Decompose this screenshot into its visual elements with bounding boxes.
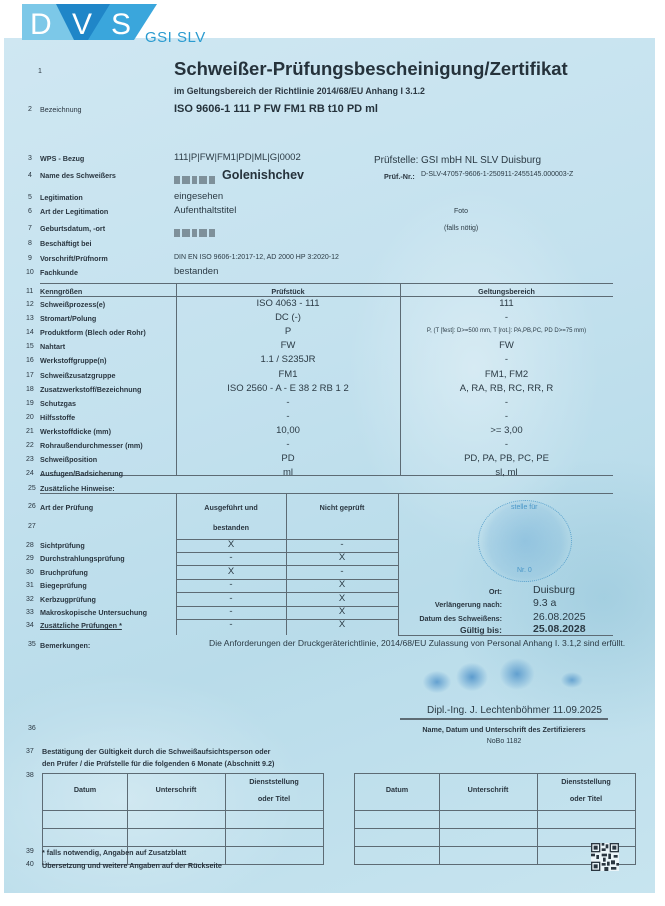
row-number: 13 bbox=[26, 315, 34, 322]
testing-body-label: Prüfstelle: bbox=[374, 155, 418, 166]
weld-date-value: 26.08.2025 bbox=[533, 611, 586, 623]
not-tested-mark: X bbox=[286, 552, 398, 563]
params-header-range: Geltungsbereich bbox=[400, 287, 613, 296]
test-piece-value: P bbox=[176, 326, 400, 337]
done-mark: - bbox=[176, 552, 286, 563]
param-label: Ausfugen/Badsicherung bbox=[40, 469, 123, 478]
row-number: 36 bbox=[28, 725, 36, 732]
certificate-title: Schweißer-Prüfungsbescheinigung/Zertifik… bbox=[174, 58, 568, 80]
row-number: 39 bbox=[26, 848, 34, 855]
certificate-subtitle: im Geltungsbereich der Richtlinie 2014/6… bbox=[174, 86, 425, 96]
range-value: PD, PA, PB, PC, PE bbox=[400, 453, 613, 464]
info-label: Legitimation bbox=[40, 193, 83, 202]
confirmation-cell[interactable] bbox=[226, 829, 322, 845]
date-header: Datum bbox=[355, 785, 439, 794]
test-type-label: Bruchprüfung bbox=[40, 568, 88, 577]
validity-divider bbox=[398, 635, 613, 636]
test-number-label: Prüf.-Nr.: bbox=[384, 172, 415, 181]
signature-header: Unterschrift bbox=[127, 785, 225, 794]
photo-note: (falls nötig) bbox=[444, 225, 478, 232]
valid-until-label: Gültig bis: bbox=[460, 625, 502, 635]
weld-date-label: Datum des Schweißens: bbox=[419, 614, 502, 623]
test-piece-value: - bbox=[176, 397, 400, 408]
row-number: 37 bbox=[26, 748, 34, 755]
row-number: 20 bbox=[26, 414, 34, 421]
range-value: P, (T [fest]: D>=500 mm, T [rot.]: PA,PB… bbox=[400, 328, 613, 334]
info-label: Fachkunde bbox=[40, 268, 78, 277]
confirmation-cell[interactable] bbox=[538, 829, 634, 845]
info-label: Vorschrift/Prüfnorm bbox=[40, 254, 108, 263]
param-label: Stromart/Polung bbox=[40, 314, 96, 323]
info-value: Aufenthaltstitel bbox=[174, 205, 236, 216]
certifier-name-date: Dipl.-Ing. J. Lechtenböhmer 11.09.2025 bbox=[427, 705, 602, 716]
row-number: 15 bbox=[26, 343, 34, 350]
done-mark: - bbox=[176, 606, 286, 617]
not-tested-mark: X bbox=[286, 579, 398, 590]
test-piece-value: FM1 bbox=[176, 369, 400, 380]
title-header: oder Titel bbox=[537, 794, 635, 803]
confirmation-cell[interactable] bbox=[44, 829, 126, 845]
row-number: 17 bbox=[26, 372, 34, 379]
test-piece-value: 10,00 bbox=[176, 425, 400, 436]
row-number: 14 bbox=[26, 329, 34, 336]
logo-gsi-slv: GSI SLV bbox=[145, 29, 206, 46]
svg-text:D: D bbox=[30, 8, 52, 40]
row-number: 2 bbox=[28, 106, 32, 113]
not-tested-mark: X bbox=[286, 593, 398, 604]
row-number: 35 bbox=[28, 641, 36, 648]
row-number: 18 bbox=[26, 386, 34, 393]
row-number: 16 bbox=[26, 357, 34, 364]
test-piece-value: - bbox=[176, 439, 400, 450]
done-mark: - bbox=[176, 579, 286, 590]
photo-label: Foto bbox=[454, 208, 468, 215]
params-header-divider bbox=[40, 296, 613, 297]
params-header-test-piece: Prüfstück bbox=[176, 287, 400, 296]
not-tested-mark: - bbox=[286, 566, 398, 577]
row-number: 8 bbox=[28, 240, 32, 247]
row-number: 19 bbox=[26, 400, 34, 407]
column-divider bbox=[398, 493, 399, 635]
param-label: Zusatzwerkstoff/Bezeichnung bbox=[40, 385, 141, 394]
row-number: 40 bbox=[26, 861, 34, 868]
info-value: eingesehen bbox=[174, 191, 223, 202]
official-stamp: stelle für Nr. 0 bbox=[478, 500, 572, 582]
dvs-logo: D V S bbox=[22, 4, 157, 40]
range-value: sl, ml bbox=[400, 467, 613, 478]
row-number: 1 bbox=[38, 68, 42, 75]
not-tested-mark: X bbox=[286, 619, 398, 630]
confirmation-cell[interactable] bbox=[538, 847, 634, 863]
svg-text:V: V bbox=[72, 8, 92, 40]
testing-body-value: GSI mbH NL SLV Duisburg bbox=[421, 155, 541, 166]
param-label: Rohraußendurchmesser (mm) bbox=[40, 441, 143, 450]
remarks-text: Die Anforderungen der Druckgeräterichtli… bbox=[209, 638, 625, 648]
range-value: - bbox=[400, 312, 613, 323]
test-type-label: Sichtprüfung bbox=[40, 541, 85, 550]
param-label: Schweißzusatzgruppe bbox=[40, 371, 115, 380]
confirmation-cell[interactable] bbox=[440, 829, 536, 845]
done-mark: - bbox=[176, 619, 286, 630]
footnote-translation: Übersetzung und weitere Angaben auf der … bbox=[42, 861, 222, 870]
nobo-number: NoBo 1182 bbox=[400, 738, 608, 745]
signature bbox=[422, 652, 592, 697]
range-value: - bbox=[400, 411, 613, 422]
test-piece-value: 1.1 / S235JR bbox=[176, 354, 400, 365]
notes-divider bbox=[40, 493, 613, 494]
confirmation-line1: Bestätigung der Gültigkeit durch die Sch… bbox=[42, 747, 270, 756]
info-label: Name des Schweißers bbox=[40, 171, 116, 180]
signature-header: Unterschrift bbox=[439, 785, 537, 794]
svg-text:S: S bbox=[111, 8, 131, 40]
test-piece-value: ISO 4063 - 111 bbox=[176, 298, 400, 309]
footnote-additional-sheet: * falls notwendig, Angaben auf Zusatzbla… bbox=[42, 848, 186, 857]
valid-until-value: 25.08.2028 bbox=[533, 623, 586, 635]
row-number: 5 bbox=[28, 194, 32, 201]
designation-value: ISO 9606-1 111 P FW FM1 RB t10 PD ml bbox=[174, 103, 378, 115]
range-value: - bbox=[400, 439, 613, 450]
position-header: Dienststellung bbox=[537, 777, 635, 786]
param-label: Schweißposition bbox=[40, 455, 97, 464]
test-piece-value: ml bbox=[176, 467, 400, 478]
param-label: Werkstoffgruppe(n) bbox=[40, 356, 107, 365]
confirmation-cell[interactable] bbox=[356, 829, 438, 845]
done-mark: X bbox=[176, 539, 286, 550]
confirmation-cell[interactable] bbox=[356, 811, 438, 827]
info-label: Beschäftigt bei bbox=[40, 239, 92, 248]
confirmation-cell[interactable] bbox=[226, 811, 322, 827]
row-number: 26 bbox=[28, 503, 36, 510]
info-value: 111|P|FW|FM1|PD|ML|G|0002 bbox=[174, 152, 301, 163]
row-number: 23 bbox=[26, 456, 34, 463]
row-number: 22 bbox=[26, 442, 34, 449]
redacted-text bbox=[174, 171, 217, 189]
row-number: 38 bbox=[26, 772, 34, 779]
row-number: 32 bbox=[26, 596, 34, 603]
param-label: Werkstoffdicke (mm) bbox=[40, 427, 111, 436]
test-type-header: Art der Prüfung bbox=[40, 503, 93, 512]
position-header: Dienststellung bbox=[225, 777, 323, 786]
qr-code[interactable] bbox=[591, 843, 619, 871]
test-piece-value: - bbox=[176, 411, 400, 422]
notes-label: Zusätzliche Hinweise: bbox=[40, 484, 115, 493]
param-label: Hilfsstoffe bbox=[40, 413, 75, 422]
info-value: bestanden bbox=[174, 266, 218, 277]
done-header-line1: Ausgeführt und bbox=[176, 503, 286, 512]
range-value: - bbox=[400, 397, 613, 408]
params-header-parameters: Kenngrößen bbox=[40, 287, 82, 296]
extension-label: Verlängerung nach: bbox=[435, 600, 502, 609]
row-number: 7 bbox=[28, 225, 32, 232]
info-label: Art der Legitimation bbox=[40, 207, 108, 216]
test-type-label: Kerbzugprüfung bbox=[40, 595, 96, 604]
test-type-label: Durchstrahlungsprüfung bbox=[40, 554, 125, 563]
confirmation-cell[interactable] bbox=[440, 847, 536, 863]
row-number: 30 bbox=[26, 569, 34, 576]
confirmation-line2: den Prüfer / die Prüfstelle für die folg… bbox=[42, 759, 274, 768]
test-type-label: Zusätzliche Prüfungen * bbox=[40, 621, 122, 630]
param-label: Schweißprozess(e) bbox=[40, 300, 105, 309]
not-tested-mark: X bbox=[286, 606, 398, 617]
table-top-border bbox=[40, 283, 613, 284]
row-number: 9 bbox=[28, 255, 32, 262]
confirmation-cell[interactable] bbox=[128, 829, 224, 845]
welder-name: Golenishchev bbox=[222, 168, 304, 182]
confirmation-cell[interactable] bbox=[44, 811, 126, 827]
row-number: 31 bbox=[26, 582, 34, 589]
info-value: DIN EN ISO 9606-1:2017-12, AD 2000 HP 3:… bbox=[174, 254, 339, 261]
designation-label: Bezeichnung bbox=[40, 105, 82, 114]
place-label: Ort: bbox=[489, 587, 502, 596]
row-number: 25 bbox=[28, 485, 36, 492]
range-value: FW bbox=[400, 340, 613, 351]
info-label: Geburtsdatum, -ort bbox=[40, 224, 105, 233]
done-mark: - bbox=[176, 593, 286, 604]
redacted-text bbox=[174, 224, 217, 242]
range-value: - bbox=[400, 354, 613, 365]
row-number: 10 bbox=[26, 269, 34, 276]
row-number: 28 bbox=[26, 542, 34, 549]
row-number: 27 bbox=[28, 523, 36, 530]
confirmation-cell[interactable] bbox=[440, 811, 536, 827]
range-value: >= 3,00 bbox=[400, 425, 613, 436]
param-label: Schutzgas bbox=[40, 399, 76, 408]
row-number: 4 bbox=[28, 172, 32, 179]
test-piece-value: ISO 2560 - A - E 38 2 RB 1 2 bbox=[176, 383, 400, 394]
param-label: Nahtart bbox=[40, 342, 65, 351]
row-number: 11 bbox=[26, 288, 33, 295]
row-number: 3 bbox=[28, 155, 32, 162]
test-type-label: Biegeprüfung bbox=[40, 581, 87, 590]
title-header: oder Titel bbox=[225, 794, 323, 803]
test-type-label: Makroskopische Untersuchung bbox=[40, 608, 147, 617]
confirmation-cell[interactable] bbox=[356, 847, 438, 863]
row-number: 33 bbox=[26, 609, 34, 616]
range-value: 111 bbox=[400, 298, 613, 309]
test-piece-value: FW bbox=[176, 340, 400, 351]
row-number: 29 bbox=[26, 555, 34, 562]
certifier-line bbox=[400, 718, 608, 720]
row-number: 12 bbox=[26, 301, 34, 308]
test-number-value: D-SLV-47057-9606-1-250911-2455145.000003… bbox=[421, 171, 573, 178]
range-value: A, RA, RB, RC, RR, R bbox=[400, 383, 613, 394]
done-header-line2: bestanden bbox=[176, 523, 286, 532]
done-mark: X bbox=[176, 566, 286, 577]
confirmation-cell[interactable] bbox=[128, 811, 224, 827]
confirmation-cell[interactable] bbox=[538, 811, 634, 827]
row-number: 34 bbox=[26, 622, 34, 629]
row-number: 24 bbox=[26, 470, 34, 477]
extension-value: 9.3 a bbox=[533, 597, 556, 609]
confirmation-cell[interactable] bbox=[226, 847, 322, 863]
test-piece-value: PD bbox=[176, 453, 400, 464]
test-piece-value: DC (-) bbox=[176, 312, 400, 323]
range-value: FM1, FM2 bbox=[400, 369, 613, 380]
info-label: WPS - Bezug bbox=[40, 154, 84, 163]
certifier-caption: Name, Datum und Unterschrift des Zertifi… bbox=[400, 725, 608, 734]
row-number: 21 bbox=[26, 428, 34, 435]
remarks-label: Bemerkungen: bbox=[40, 641, 90, 650]
row-number: 6 bbox=[28, 208, 32, 215]
not-tested-mark: - bbox=[286, 539, 398, 550]
param-label: Produktform (Blech oder Rohr) bbox=[40, 328, 146, 337]
not-tested-header: Nicht geprüft bbox=[286, 503, 398, 512]
date-header: Datum bbox=[43, 785, 127, 794]
place-value: Duisburg bbox=[533, 584, 575, 596]
